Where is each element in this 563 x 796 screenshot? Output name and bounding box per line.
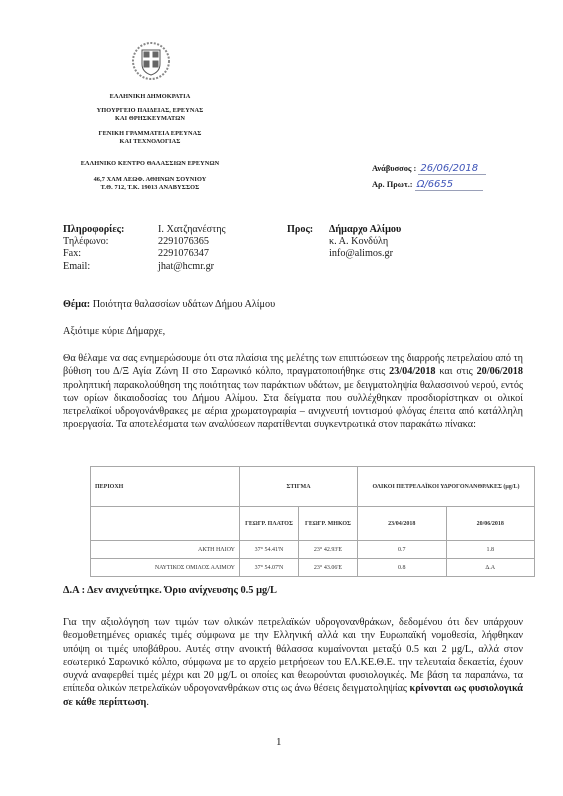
centre-address: 46,7 ΧΛΜ ΛΕΩΦ. ΑΘΗΝΩΝ ΣΟΥΝΙΟΥ Τ.Θ. 712, … bbox=[40, 176, 260, 191]
header-area: ΠΕΡΙΟΧΗ bbox=[91, 467, 240, 507]
address-line-1: 46,7 ΧΛΜ ΛΕΩΦ. ΑΘΗΝΩΝ ΣΟΥΝΙΟΥ bbox=[40, 176, 260, 184]
fax-value: 2291076347 bbox=[158, 248, 209, 260]
cell-lat: 37° 54.07'N bbox=[240, 559, 299, 577]
results-table: ΠΕΡΙΟΧΗ ΣΤΙΓΜΑ ΟΛΙΚΟΙ ΠΕΤΡΕΛΑΪΚΟΙ ΥΔΡΟΓΟ… bbox=[90, 466, 535, 577]
cell-lat: 37° 54.41'N bbox=[240, 541, 299, 559]
cell-value-2: 1.8 bbox=[446, 541, 535, 559]
secretariat-name: ΓΕΝΙΚΗ ΓΡΑΜΜΑΤΕΙΑ ΕΡΕΥΝΑΣ ΚΑΙ ΤΕΧΝΟΛΟΓΙΑ… bbox=[40, 130, 260, 145]
republic-name: ΕΛΛΗΝΙΚΗ ΔΗΜΟΚΡΑΤΙΑ bbox=[40, 93, 260, 101]
cell-value-1: 0.7 bbox=[358, 541, 447, 559]
subject-line: Θέμα: Ποιότητα θαλασσίων υδάτων Δήμου Αλ… bbox=[63, 299, 275, 310]
table-row: ΝΑΥΤΙΚΟΣ ΟΜΙΛΟΣ ΑΛΙΜΟΥ 37° 54.07'N 23° 4… bbox=[91, 559, 535, 577]
date-value: 26/06/2018 bbox=[418, 163, 486, 175]
cell-area: ΝΑΥΤΙΚΟΣ ΟΜΙΛΟΣ ΑΛΙΜΟΥ bbox=[91, 559, 240, 577]
ministry-line-2: ΚΑΙ ΘΡΗΣΚΕΥΜΑΤΩΝ bbox=[40, 115, 260, 123]
subheader-date-1: 23/04/2018 bbox=[358, 507, 447, 541]
fax-label: Fax: bbox=[63, 248, 158, 260]
page-number: 1 bbox=[276, 736, 282, 748]
recipient-block: Προς:Δήμαρχο Αλίμου κ. Α. Κονδύλη info@a… bbox=[287, 224, 401, 261]
secretariat-line-2: ΚΑΙ ΤΕΧΝΟΛΟΓΙΑΣ bbox=[40, 138, 260, 146]
email-label: Email: bbox=[63, 261, 158, 273]
sampling-date-2: 20/06/2018 bbox=[477, 366, 523, 377]
protocol-line: Αρ. Πρωτ.: Ω/6655 bbox=[372, 179, 483, 191]
secretariat-line-1: ΓΕΝΙΚΗ ΓΡΑΜΜΑΤΕΙΑ ΕΡΕΥΝΑΣ bbox=[40, 130, 260, 138]
intro-text-2: και στις bbox=[436, 366, 477, 377]
table-row: ΑΚΤΗ ΗΛΙΟΥ 37° 54.41'N 23° 42.93'E 0.7 1… bbox=[91, 541, 535, 559]
intro-text-3: προληπτική παρακολούθηση της ποιότητας τ… bbox=[63, 380, 523, 431]
contact-info: Πληροφορίες:Ι. Χατζηανέστης Τηλέφωνο:229… bbox=[63, 224, 226, 273]
greek-coat-of-arms-icon bbox=[130, 40, 172, 82]
header-tph: ΟΛΙΚΟΙ ΠΕΤΡΕΛΑΪΚΟΙ ΥΔΡΟΓΟΝΑΝΘΡΑΚΕΣ (μg/L… bbox=[358, 467, 535, 507]
phone-label: Τηλέφωνο: bbox=[63, 236, 158, 248]
protocol-value: Ω/6655 bbox=[415, 179, 483, 191]
detection-limit-note: Δ.Α : Δεν ανιχνεύτηκε. Όριο ανίχνευσης 0… bbox=[63, 585, 277, 596]
header-position: ΣΤΙΓΜΑ bbox=[240, 467, 358, 507]
centre-name: ΕΛΛΗΝΙΚΟ ΚΕΝΤΡΟ ΘΑΛΑΣΣΙΩΝ ΕΡΕΥΝΩΝ bbox=[40, 160, 260, 168]
intro-paragraph: Θα θέλαμε να σας ενημερώσουμε ότι στα πλ… bbox=[63, 352, 523, 432]
cell-value-1: 0.8 bbox=[358, 559, 447, 577]
place-label: Ανάβυσσος : bbox=[372, 164, 416, 173]
recipient-name: κ. Α. Κονδύλη bbox=[329, 236, 388, 248]
subheader-lat: ΓΕΩΓΡ. ΠΛΑΤΟΣ bbox=[240, 507, 299, 541]
subject-label: Θέμα: bbox=[63, 299, 90, 310]
assessment-end: . bbox=[146, 697, 149, 708]
cell-lon: 23° 43.06'E bbox=[299, 559, 358, 577]
sampling-date-1: 23/04/2018 bbox=[389, 366, 435, 377]
email-value[interactable]: jhat@hcmr.gr bbox=[158, 261, 214, 273]
info-label: Πληροφορίες: bbox=[63, 224, 158, 236]
address-line-2: Τ.Θ. 712, Τ.Κ. 19013 ΑΝΑΒΥΣΣΟΣ bbox=[40, 184, 260, 192]
cell-lon: 23° 42.93'E bbox=[299, 541, 358, 559]
cell-area: ΑΚΤΗ ΗΛΙΟΥ bbox=[91, 541, 240, 559]
assessment-paragraph: Για την αξιολόγηση των τιμών των ολικών … bbox=[63, 616, 523, 709]
subheader-empty bbox=[91, 507, 240, 541]
cell-value-2: Δ.Α bbox=[446, 559, 535, 577]
recipient-email[interactable]: info@alimos.gr bbox=[329, 248, 393, 260]
phone-value: 2291076365 bbox=[158, 236, 209, 248]
date-line: Ανάβυσσος : 26/06/2018 bbox=[372, 163, 486, 175]
subject-text: Ποιότητα θαλασσίων υδάτων Δήμου Αλίμου bbox=[93, 299, 275, 310]
ministry-line-1: ΥΠΟΥΡΓΕΙΟ ΠΑΙΔΕΙΑΣ, ΕΡΕΥΝΑΣ bbox=[40, 107, 260, 115]
to-label: Προς: bbox=[287, 224, 329, 236]
info-value: Ι. Χατζηανέστης bbox=[158, 224, 226, 236]
recipient-title: Δήμαρχο Αλίμου bbox=[329, 224, 401, 236]
subheader-date-2: 20/06/2018 bbox=[446, 507, 535, 541]
subheader-lon: ΓΕΩΓΡ. ΜΗΚΟΣ bbox=[299, 507, 358, 541]
salutation: Αξιότιμε κύριε Δήμαρχε, bbox=[63, 326, 165, 337]
ministry-name: ΥΠΟΥΡΓΕΙΟ ΠΑΙΔΕΙΑΣ, ΕΡΕΥΝΑΣ ΚΑΙ ΘΡΗΣΚΕΥΜ… bbox=[40, 107, 260, 122]
protocol-label: Αρ. Πρωτ.: bbox=[372, 180, 413, 189]
